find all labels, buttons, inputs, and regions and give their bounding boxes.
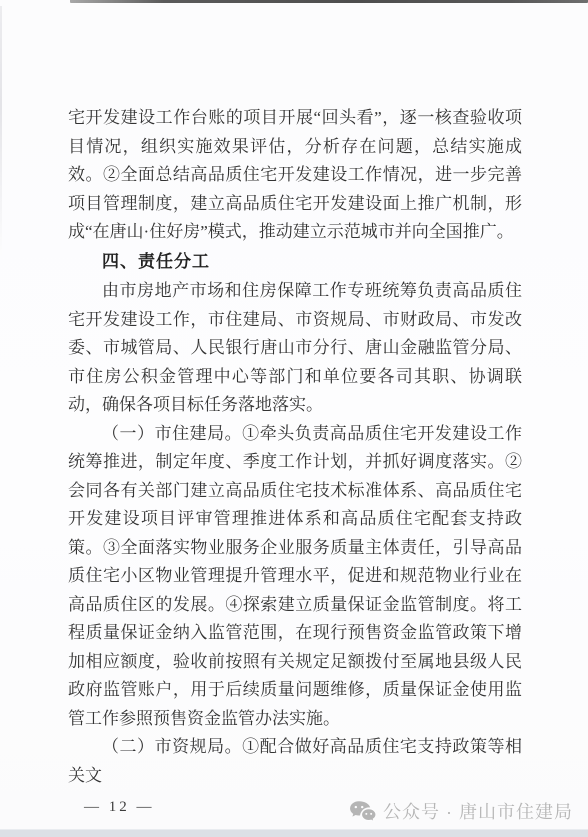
wechat-footer: 公众号 · 唐山市住建局 xyxy=(349,798,573,824)
document-photo: 宅开发建设工作台账的项目开展“回头看”，逐一核查验收项目情况，组织实施效果评估，… xyxy=(0,0,588,837)
paragraph-item-1: （一）市住建局。①牵头负责高品质住宅开发建设工作统筹推进，制定年度、季度工作计划… xyxy=(68,420,522,734)
paragraph-item-2: （二）市资规局。①配合做好高品质住宅支持政策等相关文 xyxy=(68,733,522,790)
photo-bottom-edge xyxy=(0,829,588,837)
paragraph-overview: 由市房地产市场和住房保障工作专班统筹负责高品质住宅开发建设工作，市住建局、市资规… xyxy=(68,277,522,420)
paragraph-continuation: 宅开发建设工作台账的项目开展“回头看”，逐一核查验收项目情况，组织实施效果评估，… xyxy=(68,104,522,247)
wechat-account-label: 公众号 · 唐山市住建局 xyxy=(383,798,573,824)
document-page: 宅开发建设工作台账的项目开展“回头看”，逐一核查验收项目情况，组织实施效果评估，… xyxy=(0,0,588,837)
wechat-icon xyxy=(349,800,376,823)
section-heading: 四、责任分工 xyxy=(68,248,522,277)
